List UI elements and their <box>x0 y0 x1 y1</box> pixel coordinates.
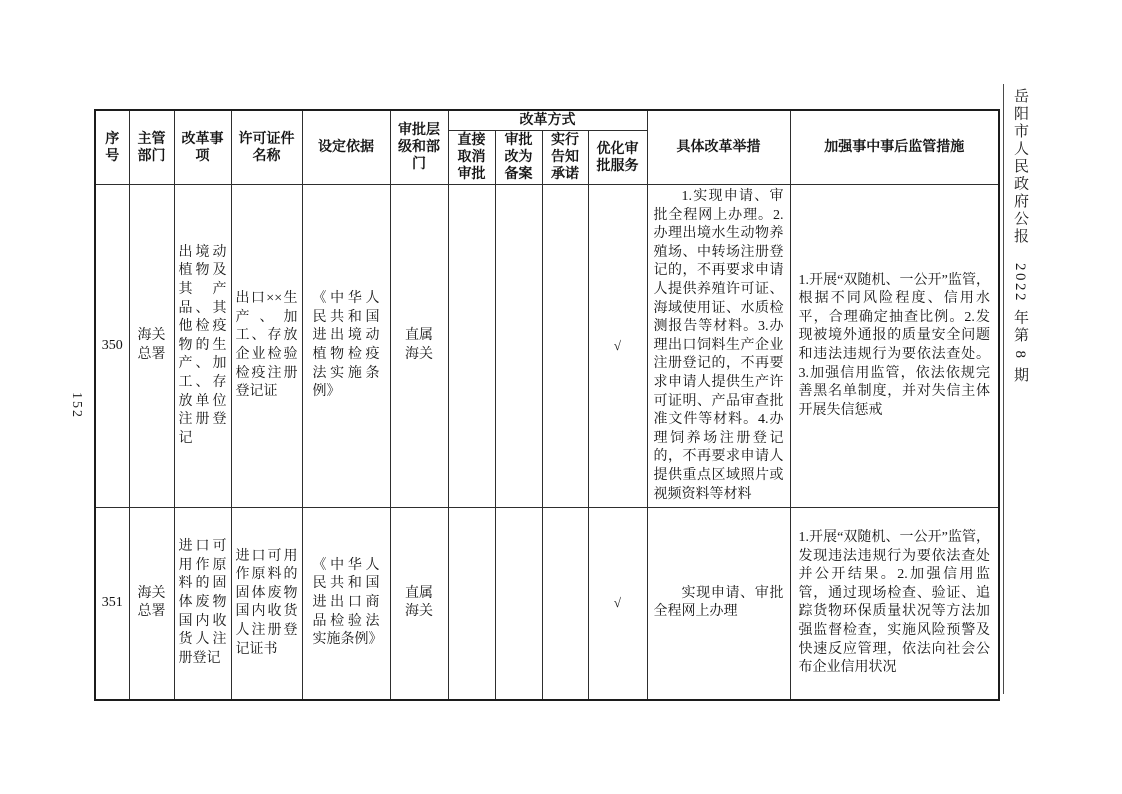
cell-strengthen-supervision: 1.开展“双随机、一公开”监管，根据不同风险程度、信用水平，合理确定抽查比例。2… <box>790 185 999 508</box>
cell-strengthen-supervision: 1.开展“双随机、一公开”监管，发现违法违规行为要依法查处并公开结果。2.加强信… <box>790 508 999 700</box>
header-setting-basis: 设定依据 <box>302 110 390 185</box>
cell-approval-level-department: 直属海关 <box>390 508 448 700</box>
header-serial-number: 序号 <box>95 110 129 185</box>
table-row-351: 351 海关总署 进口可用作原料的固体废物国内收货人注册登记 进口可用作原料的固… <box>95 508 999 700</box>
cell-reform-item: 进口可用作原料的固体废物国内收货人注册登记 <box>174 508 231 700</box>
cell-optimize-approval-checkmark: √ <box>588 185 647 508</box>
cell-specific-reform-measures: 实现申请、审批全程网上办理 <box>647 508 790 700</box>
cell-notification-commitment <box>542 185 588 508</box>
cell-specific-reform-measures: 1.实现申请、审批全程网上办理。2.办理出境水生动物养殖场、中转场注册登记的，不… <box>647 185 790 508</box>
header-optimize-approval-service: 优化审批服务 <box>588 131 647 185</box>
cell-approval-level-department: 直属海关 <box>390 185 448 508</box>
gazette-title-sidebar: 岳阳市人民政府公报 2022 年第 8 期 <box>1010 88 1031 728</box>
cell-setting-basis: 《中华人民共和国进出境动植物检疫法实施条例》 <box>302 185 390 508</box>
cell-notification-commitment <box>542 508 588 700</box>
header-row-top: 序号 主管部门 改革事项 许可证件名称 设定依据 审批层级和部门 改革方式 具体… <box>95 110 999 131</box>
header-license-name: 许可证件名称 <box>231 110 302 185</box>
cell-serial-number: 351 <box>95 508 129 700</box>
gazette-page: 152 岳阳市人民政府公报 2022 年第 8 期 序号 主管部门 改革事项 许… <box>0 0 1122 794</box>
specific-reform-measures-text: 1.实现申请、审批全程网上办理。2.办理出境水生动物养殖场、中转场注册登记的，不… <box>654 188 784 504</box>
header-reform-method-group: 改革方式 <box>448 110 647 131</box>
cell-optimize-approval-checkmark: √ <box>588 508 647 700</box>
cell-competent-department: 海关总署 <box>129 185 174 508</box>
cell-serial-number: 350 <box>95 185 129 508</box>
specific-reform-measures-text: 实现申请、审批全程网上办理 <box>654 585 784 622</box>
cell-direct-cancel-approval <box>448 185 495 508</box>
header-specific-reform-measures: 具体改革举措 <box>647 110 790 185</box>
header-reform-item: 改革事项 <box>174 110 231 185</box>
cell-change-to-filing <box>495 508 542 700</box>
header-direct-cancel-approval: 直接取消审批 <box>448 131 495 185</box>
header-approval-level-department: 审批层级和部门 <box>390 110 448 185</box>
cell-direct-cancel-approval <box>448 508 495 700</box>
cell-license-name: 进口可用作原料的固体废物国内收货人注册登记证书 <box>231 508 302 700</box>
header-strengthen-supervision: 加强事中事后监管措施 <box>790 110 999 185</box>
cell-reform-item: 出境动植物及其产品、其他检疫物的生产、加工、存放单位注册登记 <box>174 185 231 508</box>
reform-items-table: 序号 主管部门 改革事项 许可证件名称 设定依据 审批层级和部门 改革方式 具体… <box>94 109 1000 701</box>
header-notification-commitment: 实行告知承诺 <box>542 131 588 185</box>
cell-license-name: 出口××生产、加工、存放企业检验检疫注册登记证 <box>231 185 302 508</box>
sidebar-divider-line <box>1003 84 1004 694</box>
cell-competent-department: 海关总署 <box>129 508 174 700</box>
cell-change-to-filing <box>495 185 542 508</box>
header-change-to-filing: 审批改为备案 <box>495 131 542 185</box>
cell-setting-basis: 《中华人民共和国进出口商品检验法实施条例》 <box>302 508 390 700</box>
page-number: 152 <box>68 392 84 419</box>
header-competent-department: 主管部门 <box>129 110 174 185</box>
table-row-350: 350 海关总署 出境动植物及其产品、其他检疫物的生产、加工、存放单位注册登记 … <box>95 185 999 508</box>
